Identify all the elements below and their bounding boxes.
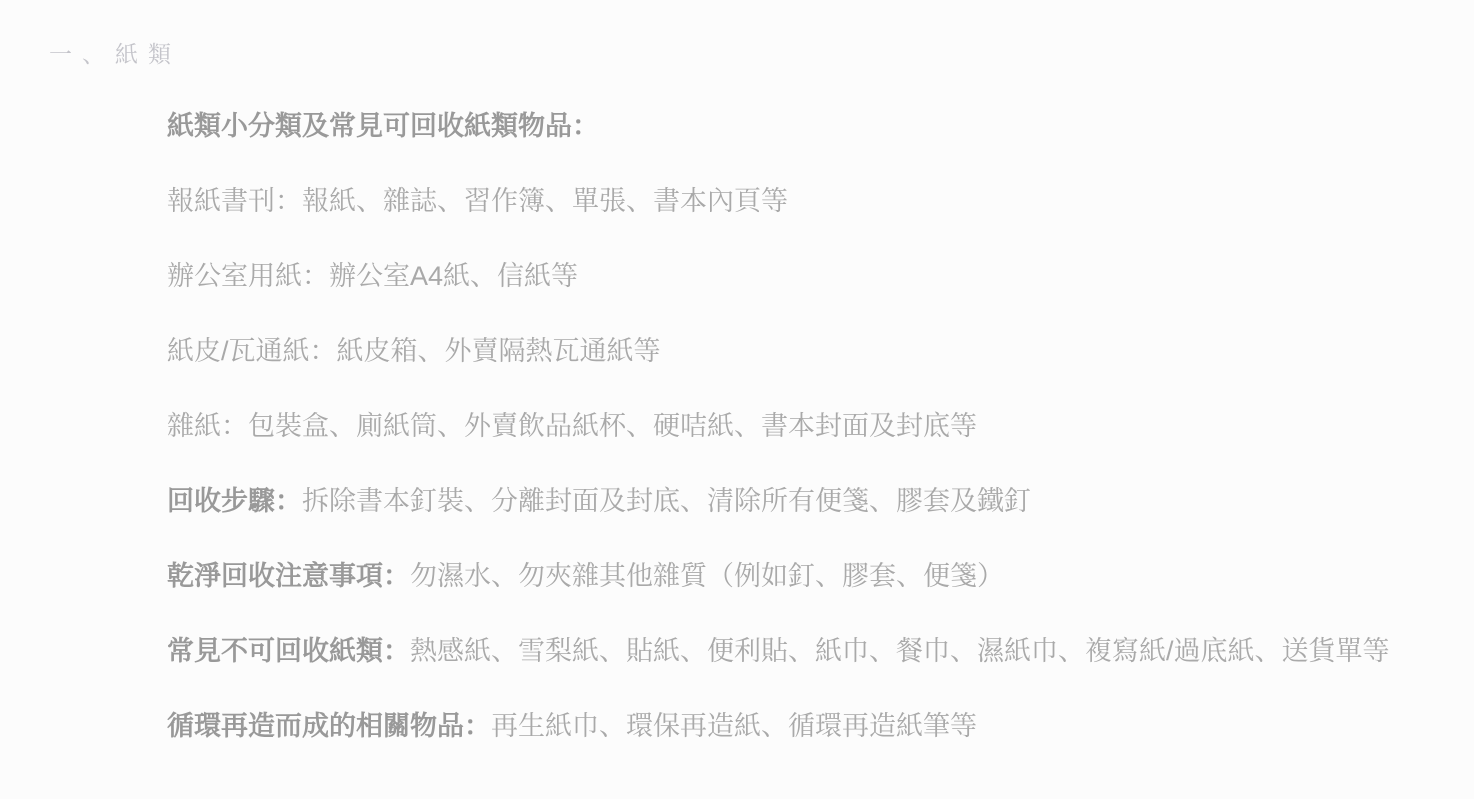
paragraph-text: 雜紙：包裝盒、廁紙筒、外賣飲品紙杯、硬咭紙、書本封面及封底等 [167,411,977,441]
paper-recycling-content: 紙類小分類及常見可回收紙類物品： 報紙書刊：報紙、雜誌、習作簿、單張、書本內頁等… [167,89,1444,764]
paragraph-clean-recycling-notes: 乾淨回收注意事項：勿濕水、勿夾雜其他雜質（例如釘、膠套、便箋） [167,539,1444,614]
paragraph-newspapers-books: 報紙書刊：報紙、雜誌、習作簿、單張、書本內頁等 [167,164,1444,239]
recycling-paper-info-page: { "theme": { "background": "#fcfcfc", "h… [0,0,1474,799]
intro-label: 紙類小分類及常見可回收紙類物品： [167,111,599,141]
paragraph-intro: 紙類小分類及常見可回收紙類物品： [167,89,1444,164]
paragraph-office-paper: 辦公室用紙：辦公室A4紙、信紙等 [167,239,1444,314]
paragraph-text: 熱感紙、雪梨紙、貼紙、便利貼、紙巾、餐巾、濕紙巾、複寫紙/過底紙、送貨單等 [410,636,1390,666]
paragraph-text: 再生紙巾、環保再造紙、循環再造紙筆等 [491,711,977,741]
paragraph-text: 紙皮/瓦通紙：紙皮箱、外賣隔熱瓦通紙等 [167,336,661,366]
paragraph-non-recyclable-paper: 常見不可回收紙類：熱感紙、雪梨紙、貼紙、便利貼、紙巾、餐巾、濕紙巾、複寫紙/過底… [167,614,1444,689]
paragraph-mixed-paper: 雜紙：包裝盒、廁紙筒、外賣飲品紙杯、硬咭紙、書本封面及封底等 [167,389,1444,464]
paragraph-text: 報紙書刊：報紙、雜誌、習作簿、單張、書本內頁等 [167,186,788,216]
section-heading-paper: 一、紙類 [49,36,181,69]
paragraph-label: 常見不可回收紙類： [167,636,410,666]
paragraph-text: 拆除書本釘裝、分離封面及封底、清除所有便箋、膠套及鐵釘 [302,486,1031,516]
paragraph-recycled-products: 循環再造而成的相關物品：再生紙巾、環保再造紙、循環再造紙筆等 [167,689,1444,764]
paragraph-text: 辦公室用紙：辦公室A4紙、信紙等 [167,261,578,291]
paragraph-text: 勿濕水、勿夾雜其他雜質（例如釘、膠套、便箋） [410,561,1004,591]
paragraph-recycling-steps: 回收步驟：拆除書本釘裝、分離封面及封底、清除所有便箋、膠套及鐵釘 [167,464,1444,539]
paragraph-label: 乾淨回收注意事項： [167,561,410,591]
paragraph-label: 回收步驟： [167,486,302,516]
paragraph-label: 循環再造而成的相關物品： [167,711,491,741]
paragraph-cardboard: 紙皮/瓦通紙：紙皮箱、外賣隔熱瓦通紙等 [167,314,1444,389]
